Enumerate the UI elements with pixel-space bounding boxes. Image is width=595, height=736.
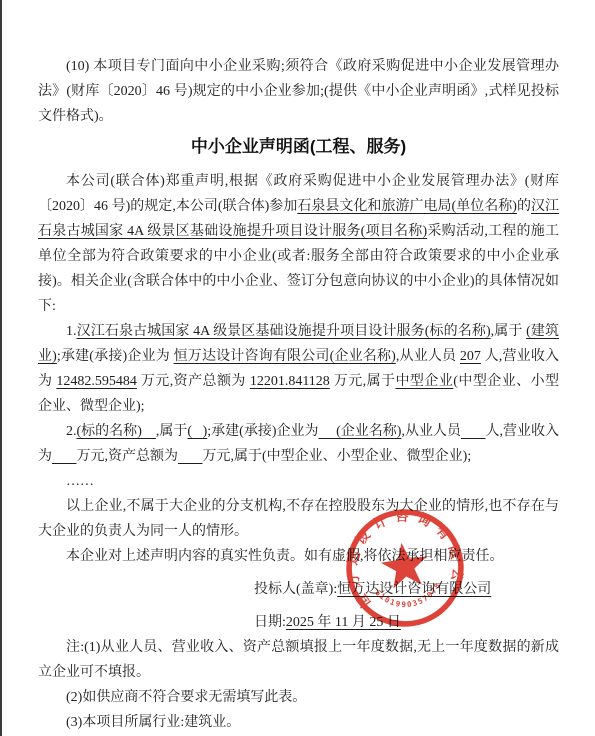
item2-industry-blank: ( ) bbox=[187, 424, 207, 439]
item1-subject-name: 汉江石泉古城国家 4A 级景区基础设施提升项目设计服务(标的名称) bbox=[77, 324, 491, 339]
item1-text-3: ,从业人员 bbox=[396, 349, 460, 364]
item1-number: 1. bbox=[66, 324, 77, 339]
date-line: 日期:2025 年 11 月 25 日 bbox=[254, 610, 559, 635]
date-value: 2025 年 11 月 25 日 bbox=[286, 615, 401, 630]
item1-revenue-amount: 12482.595484 bbox=[56, 374, 137, 389]
item2-text-1: ,属于 bbox=[156, 424, 188, 439]
item1-text-6: 万元,属于 bbox=[330, 374, 396, 389]
declaration-connector: 的 bbox=[517, 199, 531, 214]
note-2: (2)如供应商不符合要求无需填写此表。 bbox=[38, 685, 559, 710]
bidder-signature-line: 投标人(盖章):恒万达设计咨询有限公司 bbox=[254, 577, 559, 602]
item1-text-5: 万元,资产总额为 bbox=[137, 374, 250, 389]
item2-text-2: ;承建(承接)企业为 bbox=[207, 424, 318, 439]
item2-text-3: ,从业人员 bbox=[401, 424, 461, 439]
item2-text-6: 万元,属于(中型企业、小型企业、微型企业); bbox=[203, 449, 472, 464]
item1-text-2: ;承建(承接)企业为 bbox=[57, 349, 174, 364]
document-title: 中小企业声明函(工程、服务) bbox=[38, 135, 559, 159]
item2-company-blank: (企业名称) bbox=[319, 424, 402, 439]
item2-number: 2. bbox=[66, 424, 77, 439]
item2-assets-blank bbox=[178, 449, 203, 464]
no-branch-paragraph: 以上企业,不属于大企业的分支机构,不存在控股股东为大企业的情形,也不存在与大企业… bbox=[38, 494, 559, 544]
item2-text-5: 万元,资产总额为 bbox=[77, 449, 179, 464]
item1-text-1: ,属于 bbox=[491, 324, 526, 339]
item1-paragraph: 1.汉江石泉古城国家 4A 级景区基础设施提升项目设计服务(标的名称),属于 (… bbox=[38, 319, 559, 419]
item1-asset-amount: 12201.841128 bbox=[250, 374, 330, 389]
date-label: 日期: bbox=[254, 615, 286, 630]
responsibility-paragraph: 本企业对上述声明内容的真实性负责。如有虚假,将依法承担相应责任。 bbox=[38, 544, 559, 569]
item2-subject-blank: (标的名称) bbox=[77, 424, 156, 439]
item2-revenue-blank bbox=[52, 449, 77, 464]
note-3: (3)本项目所属行业:建筑业。 bbox=[38, 710, 559, 735]
item1-enterprise-size: 中型企业 bbox=[395, 374, 453, 389]
item1-employee-count: 207 bbox=[460, 349, 481, 364]
item2-paragraph: 2.(标的名称) ,属于( );承建(承接)企业为 (企业名称),从业人员 人,… bbox=[38, 419, 559, 469]
item1-contractor-name: 恒万达设计咨询有限公司(企业名称) bbox=[174, 349, 396, 364]
bidder-label: 投标人(盖章): bbox=[254, 582, 337, 597]
item2-employees-blank bbox=[461, 424, 486, 439]
ellipsis-line: …… bbox=[38, 469, 559, 494]
intro-paragraph: (10) 本项目专门面向中小企业采购;须符合《政府采购促进中小企业发展管理办法》… bbox=[38, 54, 559, 129]
purchaser-name: 石泉县文化和旅游广电局(单位名称) bbox=[297, 199, 517, 214]
note-1: 注:(1)从业人员、营业收入、资产总额填报上一年度数据,无上一年度数据的新成立企… bbox=[38, 635, 559, 685]
declaration-paragraph: 本公司(联合体)郑重声明,根据《政府采购促进中小企业发展管理办法》(财库〔202… bbox=[38, 169, 559, 319]
document-page: (10) 本项目专门面向中小企业采购;须符合《政府采购促进中小企业发展管理办法》… bbox=[0, 0, 595, 736]
bidder-company-name: 恒万达设计咨询有限公司 bbox=[337, 582, 491, 597]
